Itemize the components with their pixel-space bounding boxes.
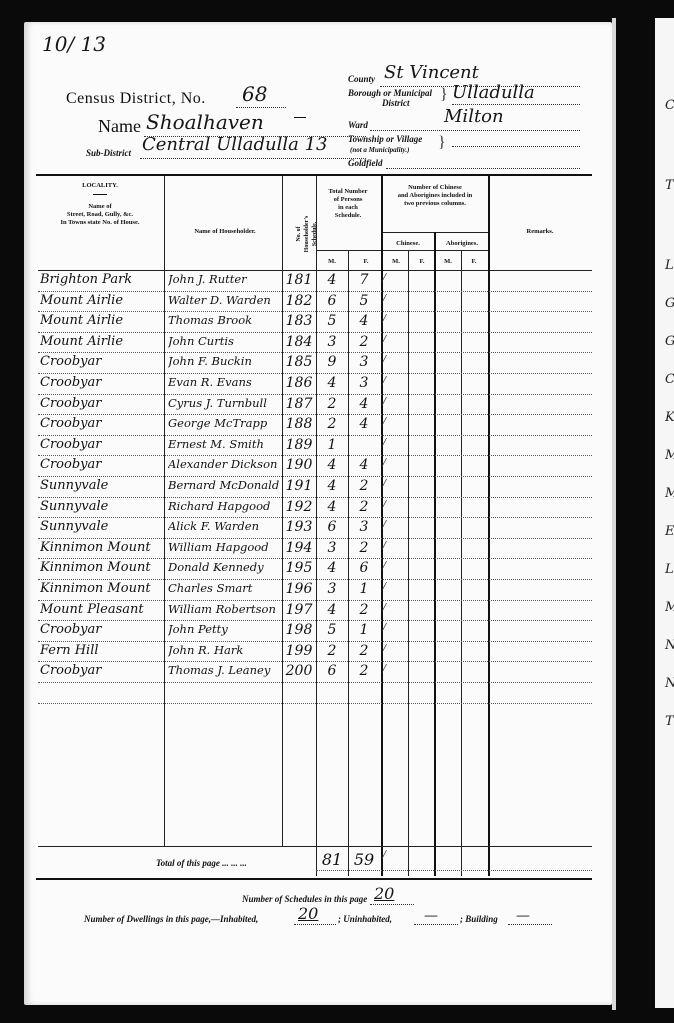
schedule-no-cell: 192 xyxy=(282,499,316,515)
locality-cell: Fern Hill xyxy=(40,643,162,658)
schedule-no-cell: 191 xyxy=(282,478,316,494)
total-persons-header: Total Number of Persons in each Schedule… xyxy=(316,188,380,220)
adjacent-page-fragment: M xyxy=(665,600,674,615)
locality-cell: Croobyar xyxy=(40,396,162,411)
total-f: 59 xyxy=(348,850,380,869)
schedule-no-cell: 189 xyxy=(282,437,316,453)
total-m: 81 xyxy=(316,850,348,869)
ward-label: Ward xyxy=(348,120,368,130)
persons-m-cell: 2 xyxy=(316,643,348,659)
page-edge xyxy=(612,18,616,1010)
schedule-no-cell: 199 xyxy=(282,643,316,659)
locality-cell: Croobyar xyxy=(40,416,162,431)
persons-m-cell: 4 xyxy=(316,602,348,618)
brace: } xyxy=(440,86,448,104)
adjacent-page-fragment: M xyxy=(665,448,674,463)
chinese-m-header: M. xyxy=(384,258,408,266)
persons-f-cell: 1 xyxy=(348,581,380,597)
persons-f-cell: 6 xyxy=(348,560,380,576)
locality-cell: Kinnimon Mount xyxy=(40,581,162,596)
adjacent-page-fragment: T xyxy=(665,714,674,729)
householder-cell: Ernest M. Smith xyxy=(168,437,282,451)
aborigines-f-header: F. xyxy=(462,258,486,266)
adjacent-page-fragment: C xyxy=(665,372,674,387)
adjacent-page-fragment: K xyxy=(665,410,674,425)
persons-m-cell: 1 xyxy=(316,437,348,453)
persons-m-cell: 4 xyxy=(316,560,348,576)
check-mark: / xyxy=(382,395,386,411)
locality-cell: Mount Pleasant xyxy=(40,602,162,617)
persons-f-cell: 4 xyxy=(348,396,380,412)
adjacent-page-fragment: C xyxy=(665,98,674,113)
schedule-no-cell: 183 xyxy=(282,313,316,329)
householder-cell: William Robertson xyxy=(168,602,282,616)
check-mark: / xyxy=(382,642,386,658)
check-mark: / xyxy=(382,601,386,617)
uninhabited-label: ; Uninhabited, xyxy=(338,914,392,924)
total-label: Total of this page ... ... ... xyxy=(156,858,247,868)
check-mark: / xyxy=(382,456,386,472)
chinese-f-header: F. xyxy=(410,258,434,266)
schedule-no-cell: 196 xyxy=(282,581,316,597)
total-check: / xyxy=(382,848,386,864)
schedule-no-cell: 185 xyxy=(282,354,316,370)
check-mark: / xyxy=(382,312,386,328)
locality-cell: Croobyar xyxy=(40,354,162,369)
persons-f-cell: 2 xyxy=(348,499,380,515)
persons-m-cell: 2 xyxy=(316,416,348,432)
persons-m-cell: 5 xyxy=(316,622,348,638)
county-value: St Vincent xyxy=(384,62,479,83)
adjacent-page-fragment: E xyxy=(665,524,674,539)
goldfield-label: Goldfield xyxy=(348,158,383,168)
householder-cell: John F. Buckin xyxy=(168,354,282,368)
householder-cell: Alick F. Warden xyxy=(168,519,282,533)
householder-cell: William Hapgood xyxy=(168,540,282,554)
locality-cell: Sunnyvale xyxy=(40,519,162,534)
locality-cell: Kinnimon Mount xyxy=(40,560,162,575)
householder-cell: John Petty xyxy=(168,622,282,636)
householder-cell: Walter D. Warden xyxy=(168,293,282,307)
locality-cell: Sunnyvale xyxy=(40,478,162,493)
schedule-no-cell: 194 xyxy=(282,540,316,556)
check-mark: / xyxy=(382,621,386,637)
locality-header: LOCALITY. Name of Street, Road, Gully, &… xyxy=(38,182,162,227)
aborigines-m-header: M. xyxy=(436,258,460,266)
persons-f-cell: 3 xyxy=(348,519,380,535)
check-mark: / xyxy=(382,498,386,514)
chinese-aborigines-header: Number of Chinese and Aborigines include… xyxy=(382,184,488,208)
census-page: 10/ 13 Census District, No. 68 Name Shoa… xyxy=(24,22,612,1005)
county-label: County xyxy=(348,74,375,84)
schedule-no-cell: 188 xyxy=(282,416,316,432)
persons-m-cell: 3 xyxy=(316,581,348,597)
locality-cell: Croobyar xyxy=(40,437,162,452)
householder-cell: Richard Hapgood xyxy=(168,499,282,513)
schedules-value: 20 xyxy=(374,884,394,903)
schedule-no-cell: 197 xyxy=(282,602,316,618)
householder-cell: Bernard McDonald xyxy=(168,478,282,492)
persons-m-cell: 5 xyxy=(316,313,348,329)
chinese-header: Chinese. xyxy=(382,240,434,248)
persons-m-cell: 3 xyxy=(316,540,348,556)
check-mark: / xyxy=(382,374,386,390)
adjacent-page-fragment: L xyxy=(665,562,674,577)
persons-f-cell: 2 xyxy=(348,602,380,618)
persons-f-cell: 2 xyxy=(348,334,380,350)
name-value: Shoalhaven xyxy=(146,110,264,134)
check-mark: / xyxy=(382,292,386,308)
check-mark: / xyxy=(382,271,386,287)
householder-cell: John J. Rutter xyxy=(168,272,282,286)
persons-f-cell: 1 xyxy=(348,622,380,638)
locality-cell: Sunnyvale xyxy=(40,499,162,514)
check-mark: / xyxy=(382,353,386,369)
adjacent-page-fragment: T xyxy=(665,178,674,193)
persons-m-cell: 4 xyxy=(316,375,348,391)
persons-f-cell: 2 xyxy=(348,643,380,659)
census-district-no: 68 xyxy=(242,82,267,106)
schedules-label: Number of Schedules in this page xyxy=(242,894,367,904)
remarks-header: Remarks. xyxy=(490,228,590,236)
schedule-no-cell: 182 xyxy=(282,293,316,309)
locality-cell: Mount Airlie xyxy=(40,334,162,349)
householder-cell: George McTrapp xyxy=(168,416,282,430)
adjacent-page-fragment: N xyxy=(665,638,674,653)
check-mark: / xyxy=(382,662,386,678)
check-mark: / xyxy=(382,539,386,555)
persons-m-cell: 4 xyxy=(316,457,348,473)
check-mark: / xyxy=(382,518,386,534)
persons-f-cell: 2 xyxy=(348,478,380,494)
persons-f-cell: 3 xyxy=(348,354,380,370)
householder-header: Name of Householder. xyxy=(164,228,286,236)
ward-value: Milton xyxy=(444,106,504,127)
persons-f-cell: 4 xyxy=(348,416,380,432)
brace: } xyxy=(438,134,446,152)
locality-cell: Croobyar xyxy=(40,457,162,472)
householder-cell: Thomas J. Leaney xyxy=(168,663,282,677)
folio-number: 10/ 13 xyxy=(42,32,106,56)
schedule-no-cell: 195 xyxy=(282,560,316,576)
inhabited-value: 20 xyxy=(298,904,318,923)
householder-cell: Cyrus J. Turnbull xyxy=(168,396,282,410)
persons-m-cell: 6 xyxy=(316,663,348,679)
persons-f-cell: 2 xyxy=(348,663,380,679)
check-mark: / xyxy=(382,436,386,452)
persons-f-cell: 3 xyxy=(348,375,380,391)
persons-f-cell: 4 xyxy=(348,457,380,473)
householder-cell: Donald Kennedy xyxy=(168,560,282,574)
township-label: Township or Village xyxy=(348,134,422,144)
borough-label: Borough or Municipal xyxy=(348,88,432,98)
schedule-no-cell: 186 xyxy=(282,375,316,391)
householder-cell: Charles Smart xyxy=(168,581,282,595)
building-label: ; Building xyxy=(460,914,498,924)
householder-cell: Alexander Dickson xyxy=(168,457,282,471)
adjacent-page-fragment: G xyxy=(665,334,674,349)
locality-cell: Mount Airlie xyxy=(40,293,162,308)
adjacent-page: CTLGGCKMMELMNNT xyxy=(655,18,674,1008)
sub-district-value: Central Ulladulla 13 xyxy=(142,134,327,155)
borough-value: Ulladulla xyxy=(452,82,535,103)
aborigines-header: Aborigines. xyxy=(436,240,488,248)
persons-m-cell: 2 xyxy=(316,396,348,412)
township-sub-label: (not a Municipality.) xyxy=(350,146,409,154)
locality-cell: Croobyar xyxy=(40,622,162,637)
adjacent-page-fragment: G xyxy=(665,296,674,311)
persons-m-cell: 4 xyxy=(316,272,348,288)
schedule-no-cell: 187 xyxy=(282,396,316,412)
total-f-header: F. xyxy=(350,258,382,266)
locality-cell: Kinnimon Mount xyxy=(40,540,162,555)
persons-f-cell: 7 xyxy=(348,272,380,288)
check-mark: / xyxy=(382,333,386,349)
householder-cell: Evan R. Evans xyxy=(168,375,282,389)
schedule-no-cell: 190 xyxy=(282,457,316,473)
schedule-no-cell: 181 xyxy=(282,272,316,288)
total-m-header: M. xyxy=(316,258,348,266)
persons-f-cell: 4 xyxy=(348,313,380,329)
householder-cell: Thomas Brook xyxy=(168,313,282,327)
check-mark: / xyxy=(382,580,386,596)
schedule-no-cell: 193 xyxy=(282,519,316,535)
persons-m-cell: 9 xyxy=(316,354,348,370)
uninhabited-value: — xyxy=(424,908,438,924)
check-mark: / xyxy=(382,415,386,431)
householder-cell: John R. Hark xyxy=(168,643,282,657)
persons-m-cell: 3 xyxy=(316,334,348,350)
adjacent-page-fragment: M xyxy=(665,486,674,501)
borough-label-district: District xyxy=(382,98,410,108)
householder-cell: John Curtis xyxy=(168,334,282,348)
locality-cell: Brighton Park xyxy=(40,272,162,287)
persons-f-cell: 5 xyxy=(348,293,380,309)
locality-cell: Croobyar xyxy=(40,663,162,678)
locality-cell: Mount Airlie xyxy=(40,313,162,328)
schedule-no-cell: 184 xyxy=(282,334,316,350)
persons-f-cell: 2 xyxy=(348,540,380,556)
persons-m-cell: 4 xyxy=(316,499,348,515)
locality-cell: Croobyar xyxy=(40,375,162,390)
persons-m-cell: 6 xyxy=(316,519,348,535)
check-mark: / xyxy=(382,559,386,575)
adjacent-page-fragment: N xyxy=(665,676,674,691)
persons-m-cell: 4 xyxy=(316,478,348,494)
adjacent-page-fragment: L xyxy=(665,258,674,273)
name-label: Name xyxy=(98,116,141,137)
schedule-no-cell: 198 xyxy=(282,622,316,638)
sub-district-label: Sub-District xyxy=(86,148,131,158)
check-mark: / xyxy=(382,477,386,493)
census-district-label: Census District, No. xyxy=(66,90,206,108)
dwellings-label: Number of Dwellings in this page,—Inhabi… xyxy=(84,914,258,924)
schedule-no-cell: 200 xyxy=(282,663,316,679)
building-value: — xyxy=(516,908,530,924)
persons-m-cell: 6 xyxy=(316,293,348,309)
